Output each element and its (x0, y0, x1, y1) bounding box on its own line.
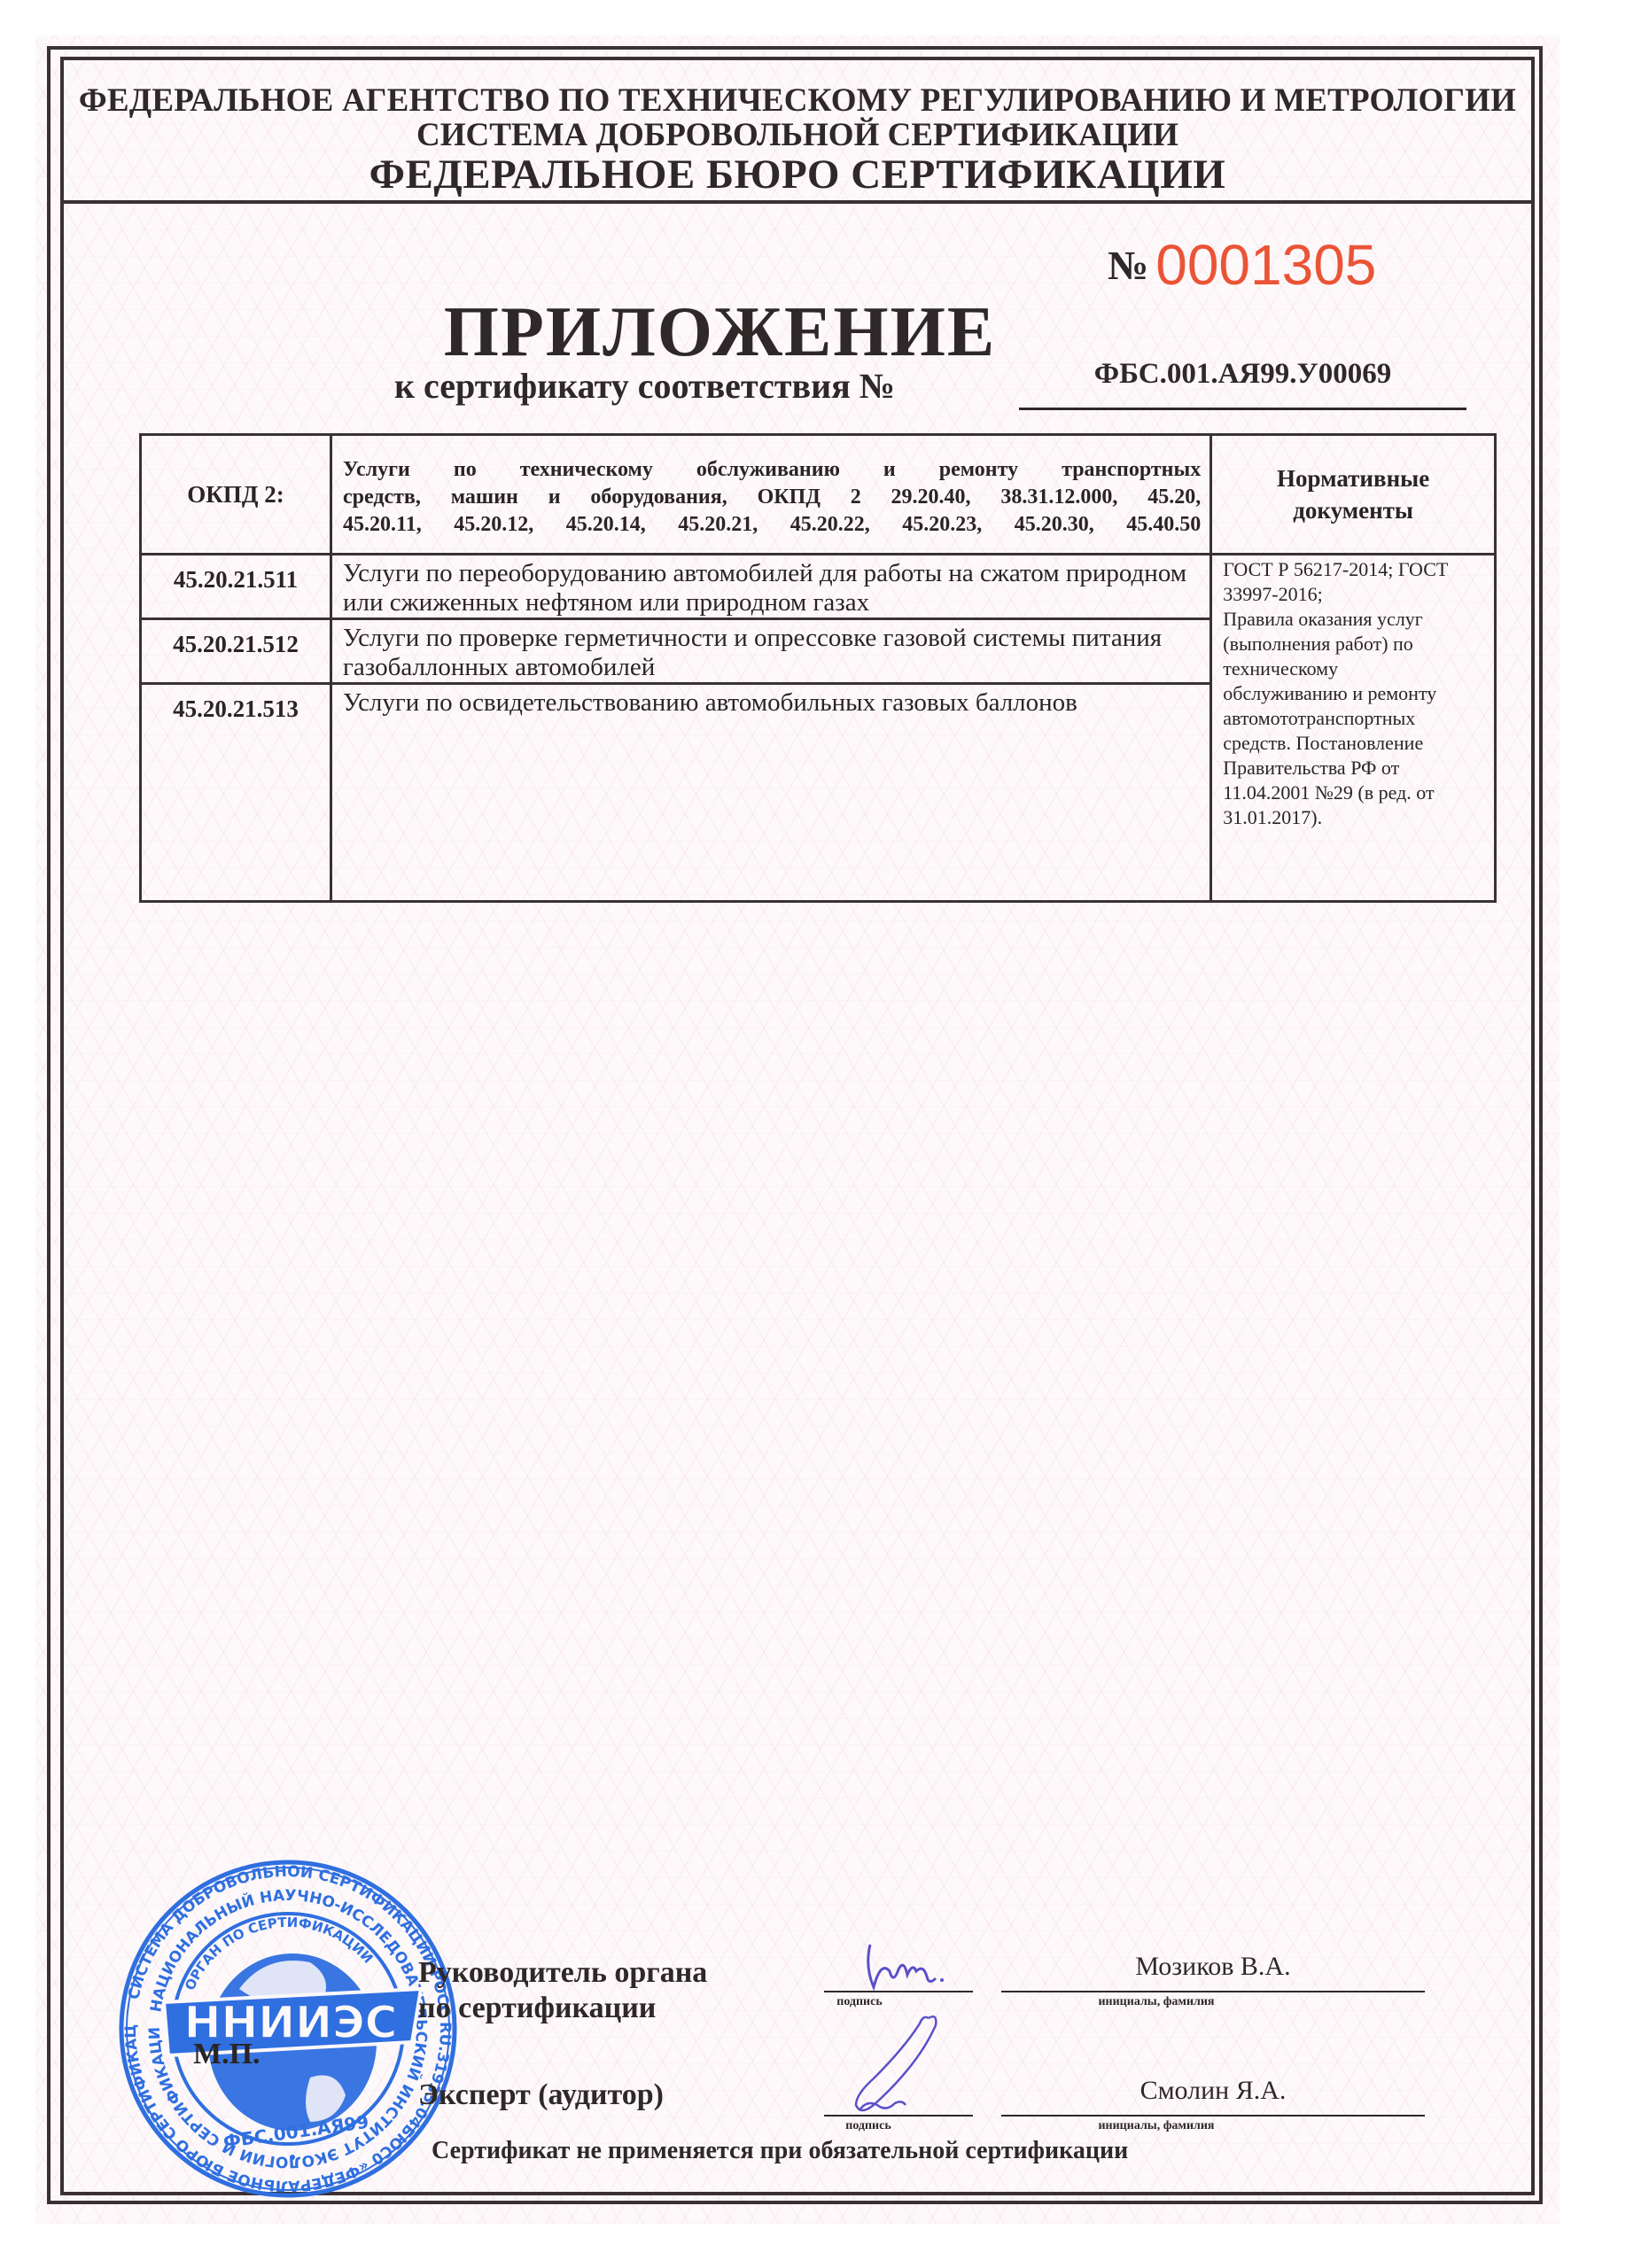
norm-doc-line: техническому (1223, 656, 1487, 681)
head-name-line (1001, 1991, 1425, 1992)
head-name-caption: инициалы, фамилия (1001, 1995, 1311, 2009)
services-table: ОКПД 2: Услуги по техническому обслужива… (139, 433, 1497, 903)
norm-doc-line: 33997-2016; (1223, 582, 1487, 607)
services-header-line: Услуги по техническому обслуживанию и ре… (343, 456, 1201, 484)
expert-name: Смолин Я.А. (1001, 2076, 1425, 2106)
norm-doc-line: 31.01.2017). (1223, 805, 1487, 830)
norm-doc-line: ГОСТ Р 56217-2014; ГОСТ (1223, 557, 1487, 582)
blank-number-value: 0001305 (1155, 233, 1376, 297)
norm-doc-line: автомототранспортных (1223, 706, 1487, 731)
header-divider (60, 200, 1535, 204)
norm-doc-line: Правительства РФ от (1223, 756, 1487, 781)
service-description: Услуги по освидетельствованию автомобиль… (331, 684, 1211, 902)
bureau-name: ФЕДЕРАЛЬНОЕ БЮРО СЕРТИФИКАЦИИ (60, 151, 1535, 198)
expert-name-caption: инициалы, фамилия (1001, 2119, 1311, 2133)
expert-name-line (1001, 2115, 1425, 2117)
footer-note: Сертификат не применяется при обязательн… (432, 2137, 1128, 2165)
service-description: Услуги по проверке герметичности и опрес… (331, 619, 1211, 684)
service-description: Услуги по переоборудованию автомобилей д… (331, 555, 1211, 619)
expert-signature-icon (824, 2011, 975, 2126)
blank-number: №0001305 (1108, 232, 1376, 298)
number-sign: № (1108, 243, 1148, 288)
head-label-line1: Руководитель органа (418, 1956, 707, 1990)
certification-stamp-icon: СИСТЕМА ДОБРОВОЛЬНОЙ СЕРТИФИКАЦИИ РОСС R… (115, 1856, 461, 2202)
certificate-number: ФБС.001.АЯ99.У00069 (1019, 358, 1466, 391)
certificate-number-underline (1019, 408, 1466, 410)
okpd-header: ОКПД 2: (141, 435, 331, 555)
head-name: Мозиков В.А. (1001, 1952, 1425, 1982)
services-header: Услуги по техническому обслуживанию и ре… (331, 435, 1211, 555)
norm-docs-header: Нормативные документы (1211, 435, 1496, 555)
head-label-line2: по сертификации (418, 1992, 656, 2025)
norm-doc-line: обслуживанию и ремонту (1223, 681, 1487, 706)
norm-docs-header-line: Нормативные (1277, 465, 1429, 492)
services-header-line: 45.20.11, 45.20.12, 45.20.14, 45.20.21, … (343, 511, 1201, 539)
normative-documents: ГОСТ Р 56217-2014; ГОСТ 33997-2016; Прав… (1211, 555, 1496, 902)
norm-docs-header-line: документы (1293, 497, 1413, 524)
norm-doc-line: (выполнения работ) по (1223, 632, 1487, 656)
table-header-row: ОКПД 2: Услуги по техническому обслужива… (141, 435, 1496, 555)
okpd-code: 45.20.21.513 (141, 684, 331, 902)
okpd-code: 45.20.21.511 (141, 555, 331, 619)
head-signature-icon (851, 1931, 975, 1998)
okpd-code: 45.20.21.512 (141, 619, 331, 684)
system-name: СИСТЕМА ДОБРОВОЛЬНОЙ СЕРТИФИКАЦИИ (60, 116, 1535, 154)
expert-label: Эксперт (аудитор) (418, 2078, 664, 2112)
norm-doc-line: средств. Постановление (1223, 731, 1487, 756)
norm-doc-line: Правила оказания услуг (1223, 607, 1487, 632)
agency-name: ФЕДЕРАЛЬНОЕ АГЕНТСТВО ПО ТЕХНИЧЕСКОМУ РЕ… (60, 82, 1535, 120)
subtitle: к сертификату соответствия № (394, 365, 895, 407)
norm-doc-line: 11.04.2001 №29 (в ред. от (1223, 781, 1487, 805)
table-row: 45.20.21.511 Услуги по переоборудованию … (141, 555, 1496, 619)
seal-mark: М.П. (193, 2038, 261, 2071)
services-header-line: средств, машин и оборудования, ОКПД 2 29… (343, 484, 1201, 511)
